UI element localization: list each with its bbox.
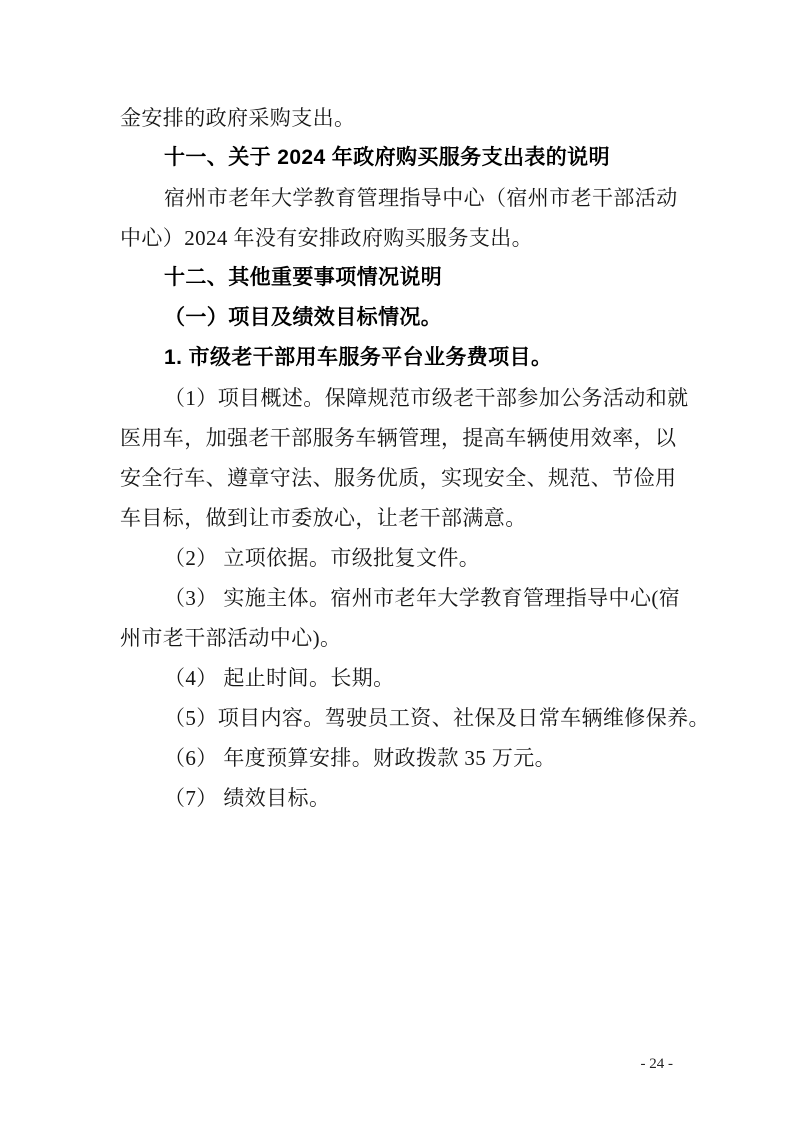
line-item-4-duration: （4） 起止时间。长期。 bbox=[120, 658, 682, 698]
line-center-intro-cont: 中心）2024 年没有安排政府购买服务支出。 bbox=[120, 218, 682, 258]
line-item-5-content: （5）项目内容。驾驶员工资、社保及日常车辆维修保养。 bbox=[120, 698, 682, 738]
line-carryover-procurement: 金安排的政府采购支出。 bbox=[120, 98, 682, 138]
line-center-intro: 宿州市老年大学教育管理指导中心（宿州市老干部活动 bbox=[120, 178, 682, 218]
line-item-3-entity-cont: 州市老干部活动中心)。 bbox=[120, 618, 682, 658]
document-body: 金安排的政府采购支出。 十一、关于 2024 年政府购买服务支出表的说明 宿州市… bbox=[120, 98, 682, 818]
line-item-7-performance: （7） 绩效目标。 bbox=[120, 778, 682, 818]
line-item-1-overview-cont-1: 医用车，加强老干部服务车辆管理，提高车辆使用效率，以 bbox=[120, 418, 682, 458]
line-item-1-overview: （1）项目概述。保障规范市级老干部参加公务活动和就 bbox=[120, 378, 682, 418]
document-page: 金安排的政府采购支出。 十一、关于 2024 年政府购买服务支出表的说明 宿州市… bbox=[0, 0, 793, 1122]
line-item-3-entity: （3） 实施主体。宿州市老年大学教育管理指导中心(宿 bbox=[120, 578, 682, 618]
heading-subsection-one: （一）项目及绩效目标情况。 bbox=[120, 298, 682, 338]
line-item-1-overview-cont-3: 车目标，做到让市委放心，让老干部满意。 bbox=[120, 498, 682, 538]
heading-section-eleven: 十一、关于 2024 年政府购买服务支出表的说明 bbox=[120, 138, 682, 178]
page-number: - 24 - bbox=[641, 1054, 674, 1074]
line-item-6-budget: （6） 年度预算安排。财政拨款 35 万元。 bbox=[120, 738, 682, 778]
heading-section-twelve: 十二、其他重要事项情况说明 bbox=[120, 258, 682, 298]
line-item-2-basis: （2） 立项依据。市级批复文件。 bbox=[120, 538, 682, 578]
line-item-1-overview-cont-2: 安全行车、遵章守法、服务优质，实现安全、规范、节俭用 bbox=[120, 458, 682, 498]
heading-project-one: 1. 市级老干部用车服务平台业务费项目。 bbox=[120, 338, 682, 378]
